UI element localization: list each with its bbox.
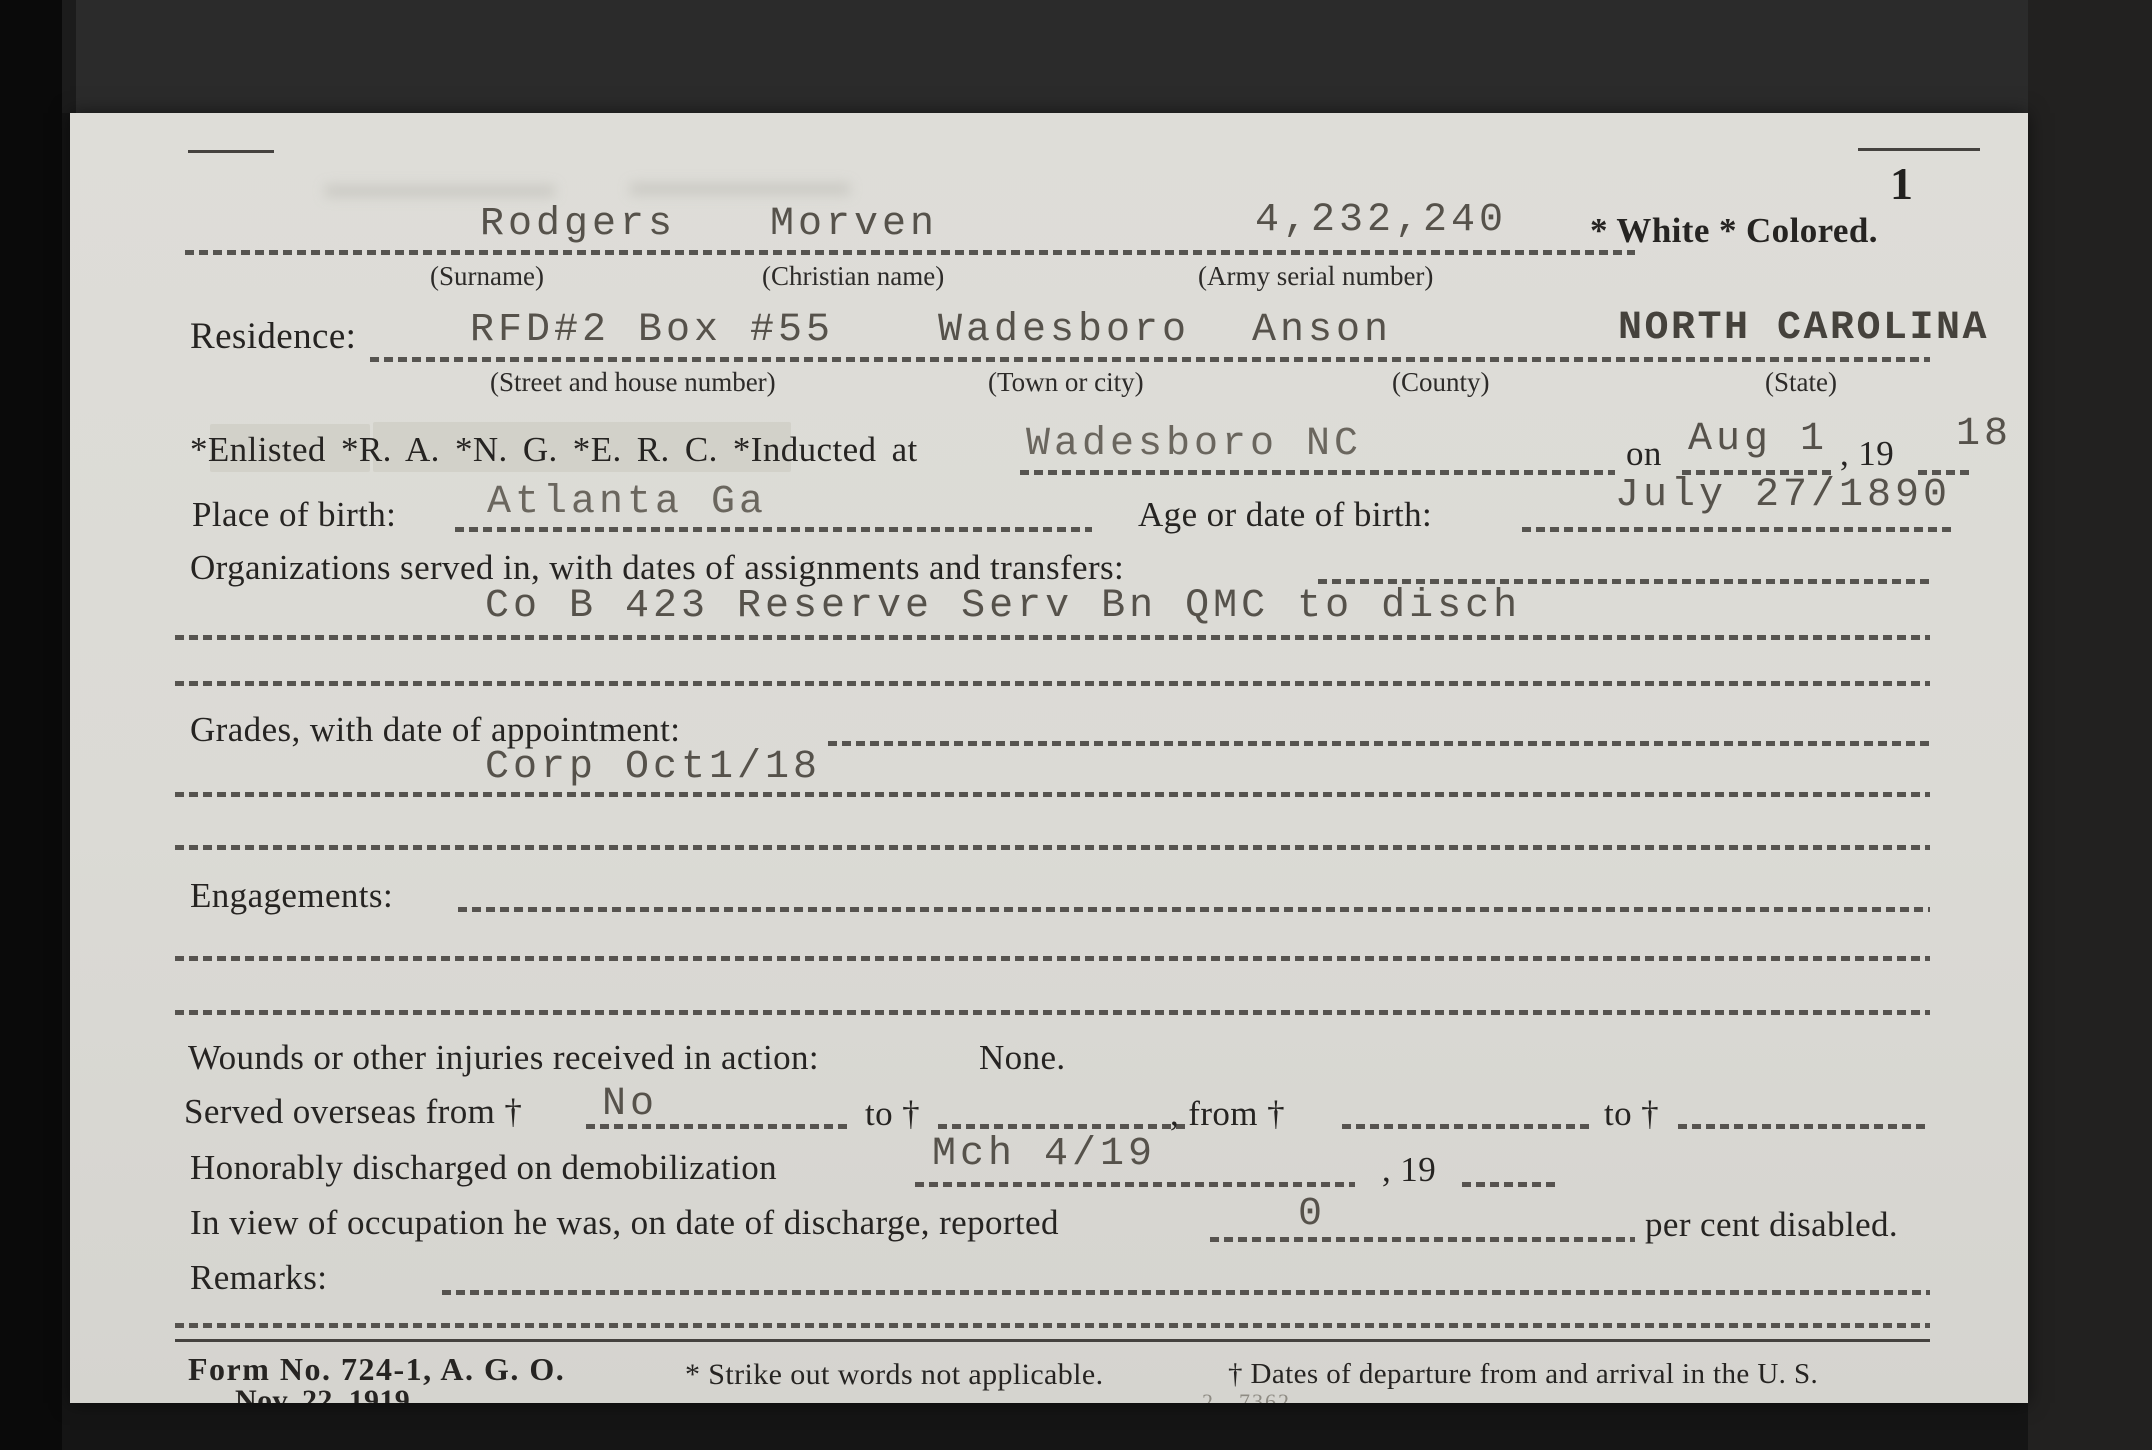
scan-backing-right [2028,0,2152,1450]
street-value: RFD#2 Box #55 [470,311,834,351]
induction-year-value: 18 [1956,415,2012,455]
enlistment-label: *Enlisted *R. A. *N. G. *E. R. C. *Induc… [190,432,918,469]
engagements-rule-2 [175,956,1930,961]
county-value: Anson [1252,311,1392,351]
name-row-rule [185,250,1635,255]
overseas-to-label: to † [865,1096,920,1133]
page-number-overline [1858,148,1980,151]
christian-name-value: Morven [770,205,938,245]
place-of-birth-value: Atlanta Ga [487,483,767,523]
discharge-rule-1 [915,1182,1355,1187]
state-value: NORTH CAROLINA [1618,309,1989,349]
induction-year-label: , 19 [1840,436,1894,473]
engagements-rule-3 [175,1010,1930,1015]
scanned-page-background: 1 Rodgers Morven 4,232,240 * White * Col… [0,0,2152,1450]
scan-backing-top [0,0,2152,113]
disability-suffix-label: per cent disabled. [1645,1207,1898,1244]
grades-rule-1 [828,741,1930,746]
form-number: Form No. 724-1, A. G. O. [188,1353,565,1387]
date-of-birth-rule [1522,527,1954,532]
date-of-birth-value: July 27/1890 [1615,476,1951,516]
organizations-value: Co B 423 Reserve Serv Bn QMC to disch [485,587,1521,627]
serial-number-value: 4,232,240 [1255,201,1507,241]
surname-caption: (Surname) [430,263,544,290]
disability-value: 0 [1298,1195,1326,1235]
date-of-birth-label: Age or date of birth: [1138,497,1432,534]
faint-smudge [630,183,850,195]
town-value: Wadesboro [938,311,1190,351]
christian-name-caption: (Christian name) [762,263,944,290]
grades-rule-2 [175,792,1930,797]
county-caption: (County) [1392,369,1490,396]
overseas-rule-1 [586,1124,848,1129]
footer-dashed-rule [175,1323,1930,1328]
inducted-place-value: Wadesboro NC [1026,425,1362,465]
engagements-label: Engagements: [190,878,393,915]
top-left-tick-line [188,150,274,153]
overseas-rule-2 [938,1124,1190,1129]
overseas-rule-4 [1678,1124,1930,1129]
residence-rule [370,357,1930,362]
overseas-to2-label: to † [1604,1096,1659,1133]
disability-label: In view of occupation he was, on date of… [190,1205,1059,1242]
serial-number-caption: (Army serial number) [1198,263,1433,290]
footer-solid-rule [175,1339,1930,1342]
residence-label: Residence: [190,318,356,357]
remarks-rule [442,1290,1930,1295]
service-record-card: 1 Rodgers Morven 4,232,240 * White * Col… [70,113,2028,1403]
discharge-rule-2 [1462,1182,1557,1187]
town-caption: (Town or city) [988,369,1144,396]
state-caption: (State) [1765,369,1837,396]
inducted-on-label: on [1626,436,1662,473]
grades-value: Corp Oct1/18 [485,748,821,788]
organizations-rule-3 [175,681,1930,686]
inducted-place-rule [1020,470,1615,475]
faint-smudge [325,185,555,197]
wounds-value: None. [979,1040,1066,1077]
discharge-date-value: Mch 4/19 [932,1135,1156,1175]
discharge-year-label: , 19 [1382,1152,1436,1189]
form-date: Nov. 22, 1919. [235,1385,418,1403]
overseas-rule-3 [1342,1124,1594,1129]
induction-date-value: Aug 1 [1688,420,1828,460]
overseas-from2-label: , from † [1170,1096,1285,1133]
place-of-birth-rule [455,527,1092,532]
page-number: 1 [1890,157,1913,210]
remarks-label: Remarks: [190,1260,327,1297]
surname-value: Rodgers [480,205,676,245]
organizations-label: Organizations served in, with dates of a… [190,550,1124,587]
print-code: 2—7362 [1202,1389,1291,1403]
organizations-rule-2 [175,635,1930,640]
place-of-birth-label: Place of birth: [192,497,396,534]
overseas-from-label: Served overseas from † [184,1094,522,1131]
street-caption: (Street and house number) [490,369,776,396]
race-strike-options: * White * Colored. [1590,213,1878,250]
dagger-note: † Dates of departure from and arrival in… [1228,1359,1818,1389]
grades-rule-3 [175,845,1930,850]
strike-out-note: * Strike out words not applicable. [685,1359,1104,1391]
discharge-label: Honorably discharged on demobilization [190,1150,777,1187]
engagements-rule-1 [458,907,1930,912]
scan-backing-left [0,0,62,1450]
overseas-from-value: No [602,1085,658,1125]
disability-rule [1210,1237,1635,1242]
wounds-label: Wounds or other injuries received in act… [188,1040,819,1077]
scan-backing-seam [62,0,76,113]
grades-label: Grades, with date of appointment: [190,712,680,749]
